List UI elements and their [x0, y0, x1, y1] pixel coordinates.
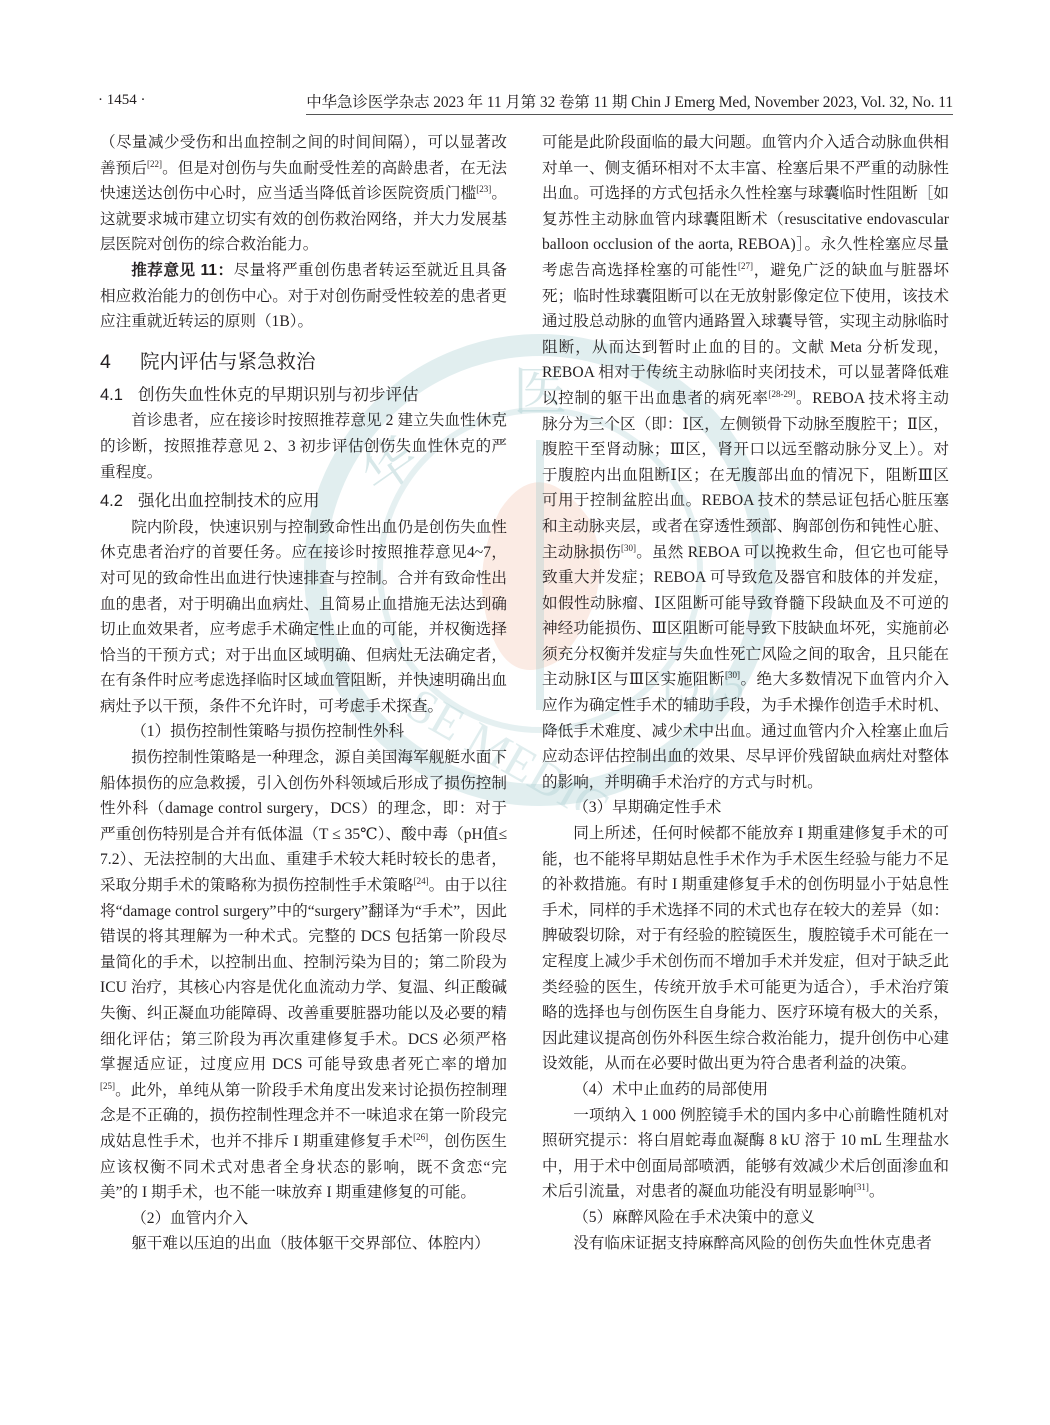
recommendation-label: 推荐意见 11：: [131, 262, 233, 279]
running-header: · 1454 · 中华急诊医学杂志 2023 年 11 月第 32 卷第 11 …: [98, 90, 953, 114]
paragraph: 院内阶段，快速识别与控制致命性出血仍是创伤失血性休克患者治疗的首要任务。应在接诊…: [100, 515, 507, 720]
right-column: 可能是此阶段面临的最大问题。血管内介入适合动脉血供相对单一、侧支循环相对不太丰富…: [542, 130, 949, 1256]
paragraph: 躯干难以压迫的出血（肢体躯干交界部位、体腔内）: [100, 1231, 507, 1257]
subheading-topical-hemostatics: （4）术中止血药的局部使用: [542, 1077, 949, 1103]
citation-ref[interactable]: [25]: [100, 1081, 115, 1091]
subheading-endovascular: （2）血管内介入: [100, 1206, 507, 1232]
journal-citation: 中华急诊医学杂志 2023 年 11 月第 32 卷第 11 期 Chin J …: [306, 90, 953, 115]
citation-ref[interactable]: [31]: [854, 1182, 869, 1192]
citation-ref[interactable]: [26]: [413, 1132, 428, 1142]
section-heading-4-2: 4.2强化出血控制技术的应用: [100, 489, 507, 515]
recommendation-11: 推荐意见 11：尽量将严重创伤患者转运至就近且具备相应救治能力的创伤中心。对于对…: [100, 258, 507, 335]
section-heading-4-1: 4.1创伤失血性休克的早期识别与初步评估: [100, 383, 507, 409]
citation-ref[interactable]: [23]: [476, 184, 491, 194]
citation-ref[interactable]: [27]: [738, 261, 753, 271]
subheading-anesthesia-risk: （5）麻醉风险在手术决策中的意义: [542, 1205, 949, 1231]
paragraph: 同上所述，任何时候都不能放弃 I 期重建修复手术的可能，也不能将早期姑息性手术作…: [542, 821, 949, 1077]
paragraph: 一项纳入 1 000 例腔镜手术的国内多中心前瞻性随机对照研究提示：将白眉蛇毒血…: [542, 1103, 949, 1205]
section-heading-4: 4院内评估与紧急救治: [100, 349, 507, 375]
paragraph: 可能是此阶段面临的最大问题。血管内介入适合动脉血供相对单一、侧支循环相对不太丰富…: [542, 130, 949, 795]
citation-ref[interactable]: [28-29]: [768, 389, 795, 399]
citation-ref[interactable]: [24]: [414, 876, 429, 886]
paragraph: 首诊患者，应在接诊时按照推荐意见 2 建立失血性休克的诊断，按照推荐意见 2、3…: [100, 408, 507, 485]
paragraph: 没有临床证据支持麻醉高风险的创伤失血性休克患者: [542, 1231, 949, 1257]
paragraph: 损伤控制性策略是一种理念，源自美国海军舰艇水面下船体损伤的应急救援，引入创伤外科…: [100, 745, 507, 1206]
citation-ref[interactable]: [30]: [621, 543, 636, 553]
citation-ref[interactable]: [30]: [725, 670, 740, 680]
page-number: · 1454 ·: [98, 92, 146, 109]
citation-ref[interactable]: [22]: [147, 159, 162, 169]
left-column: （尽量减少受伤和出血控制之间的时间间隔），可以显著改善预后[22]。但是对创伤与…: [100, 130, 507, 1257]
subheading-early-definitive-surgery: （3）早期确定性手术: [542, 795, 949, 821]
subheading-damage-control: （1）损伤控制性策略与损伤控制性外科: [100, 719, 507, 745]
paragraph: （尽量减少受伤和出血控制之间的时间间隔），可以显著改善预后[22]。但是对创伤与…: [100, 130, 507, 258]
